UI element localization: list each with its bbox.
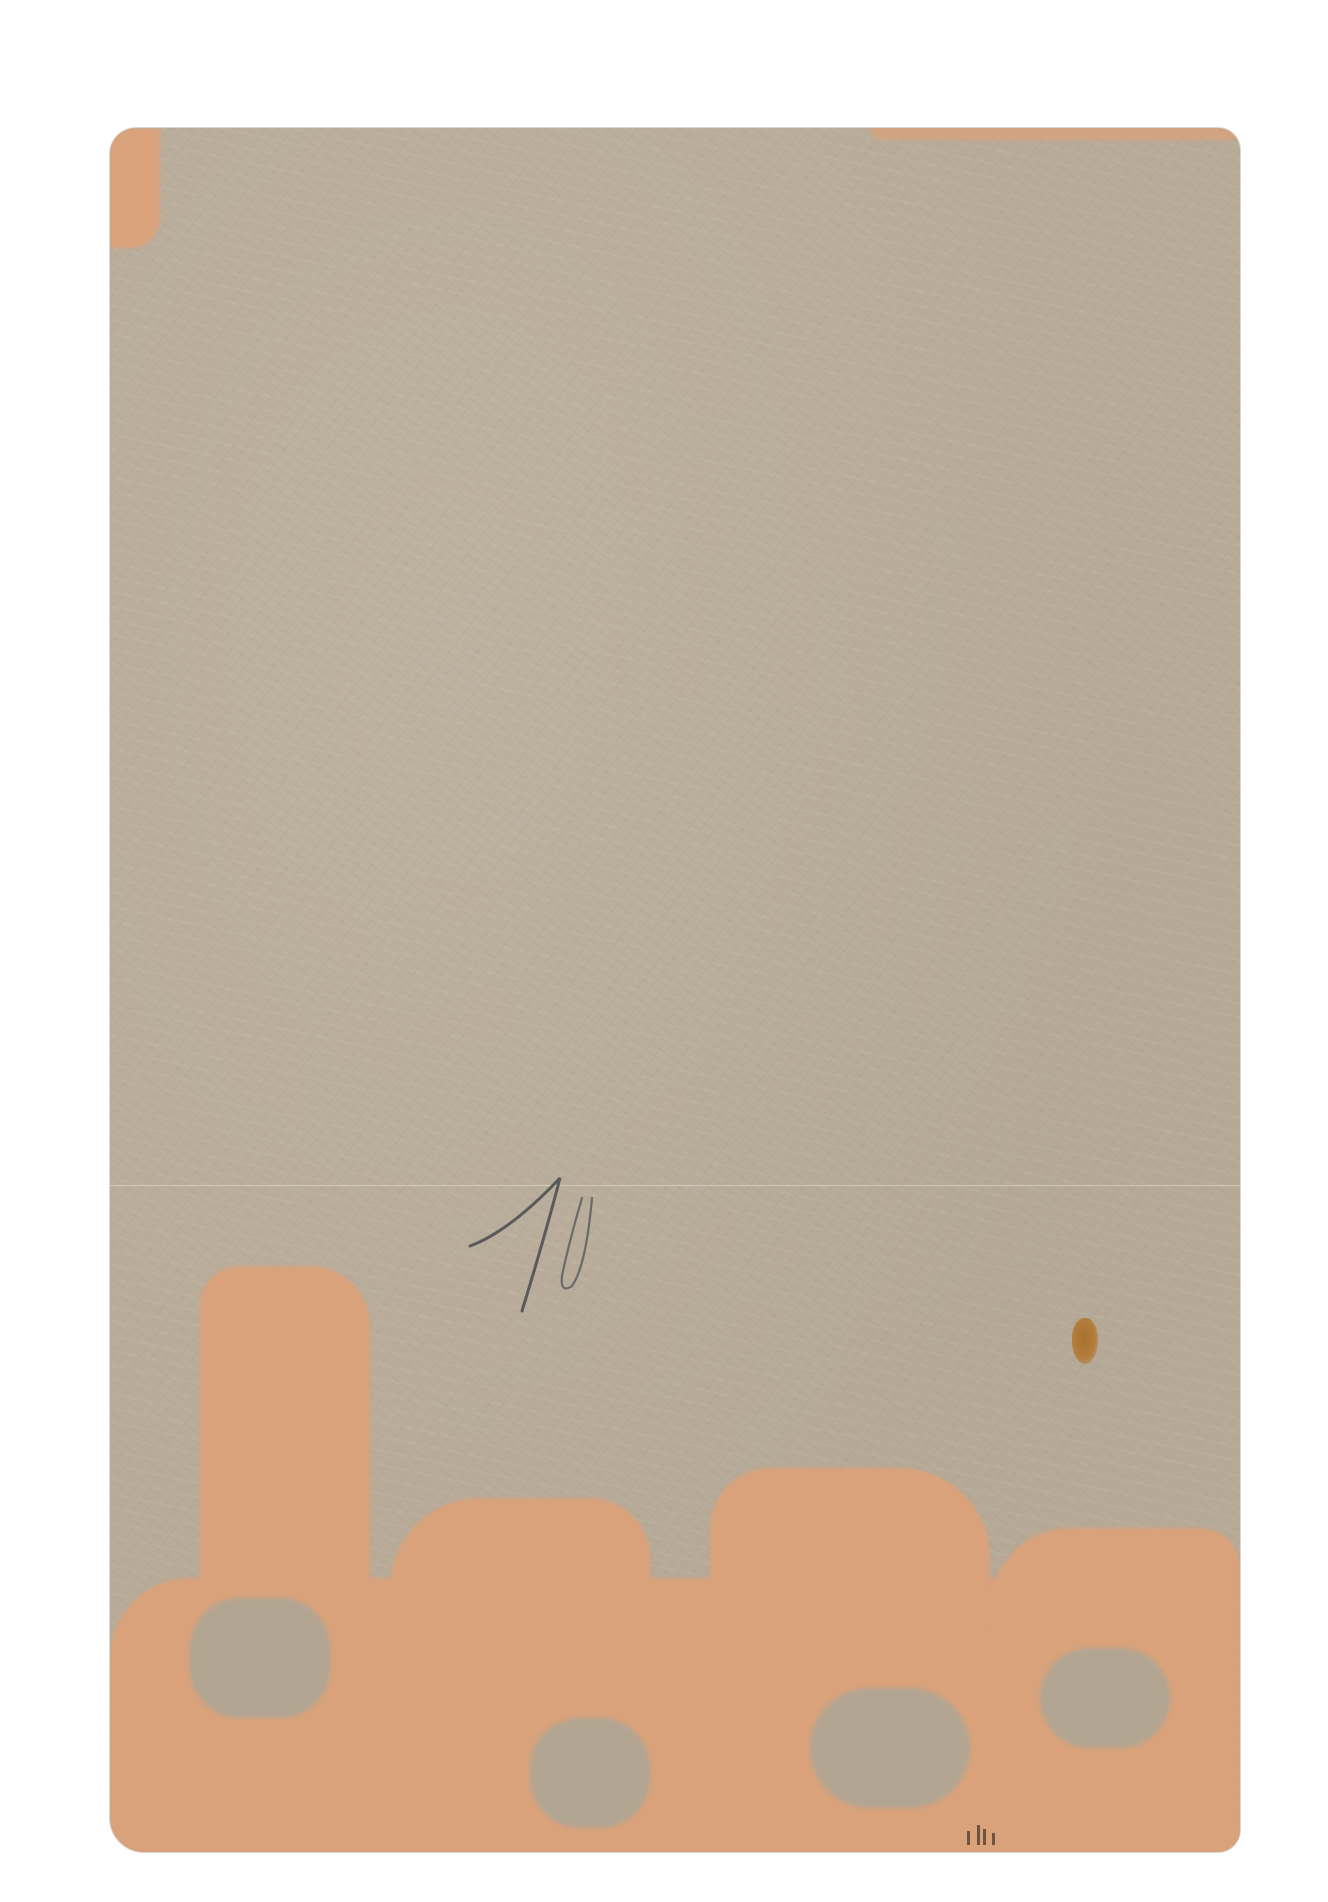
unpeeled-patch-2 — [530, 1718, 650, 1828]
unpeeled-patch-1 — [190, 1598, 330, 1718]
handwritten-number-icon — [450, 1176, 620, 1326]
ink-smudge-marks — [965, 1823, 1005, 1845]
fold-crease — [110, 1185, 1240, 1186]
peeled-area-top-right — [870, 128, 1240, 140]
peeled-area-bottom-3 — [390, 1498, 650, 1698]
pencil-handwriting: 10 — [450, 1176, 620, 1326]
unpeeled-patch-3 — [810, 1688, 970, 1808]
unpeeled-patch-4 — [1040, 1648, 1170, 1748]
brown-stain — [1072, 1318, 1098, 1364]
cabinet-card-back: 10 — [110, 128, 1240, 1852]
peeled-area-bottom-4 — [710, 1468, 990, 1648]
peeled-area-top-left — [110, 128, 160, 248]
